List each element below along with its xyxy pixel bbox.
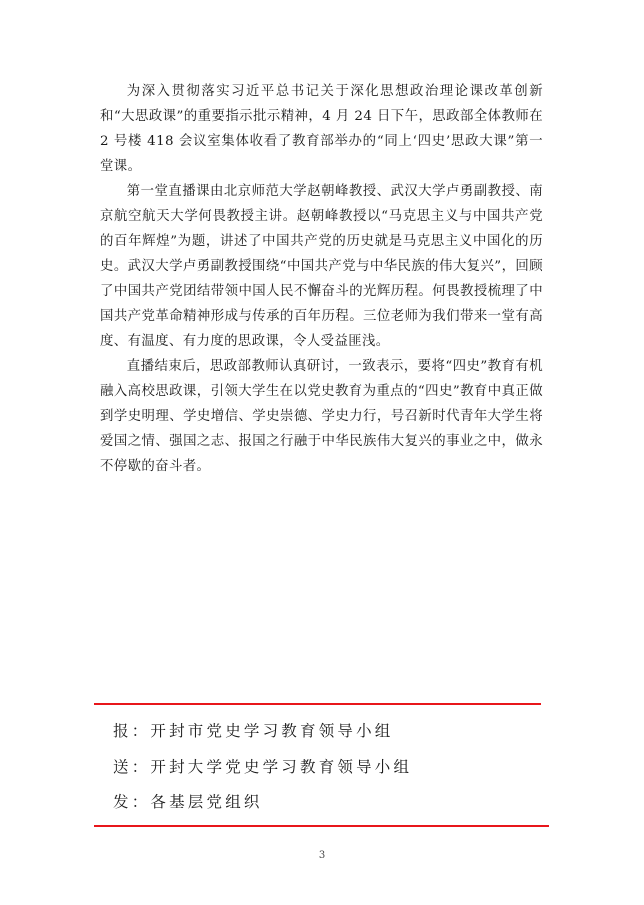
red-rule-top: [94, 703, 541, 705]
distribution-value: 开封大学党史学习教育领导小组: [150, 758, 412, 776]
red-rule-bottom: [94, 825, 549, 827]
distribution-label: 发：: [113, 793, 150, 811]
page-number: 3: [0, 850, 644, 861]
document-page: 为深入贯彻落实习近平总书记关于深化思想政治理论课改革创新和“大思政课”的重要指示…: [0, 0, 644, 905]
distribution-label: 送：: [113, 758, 150, 776]
distribution-row-report: 报：开封市党史学习教育领导小组: [113, 714, 412, 750]
paragraph-discussion: 直播结束后，思政部教师认真研讨，一致表示，要将“四史”教育有机融入高校思政课，引…: [100, 354, 543, 479]
distribution-row-send: 送：开封大学党史学习教育领导小组: [113, 750, 412, 786]
paragraph-lecture-details: 第一堂直播课由北京师范大学赵朝峰教授、武汉大学卢勇副教授、南京航空航天大学何畏教…: [100, 179, 543, 354]
paragraph-intro: 为深入贯彻落实习近平总书记关于深化思想政治理论课改革创新和“大思政课”的重要指示…: [100, 79, 543, 179]
body-text: 为深入贯彻落实习近平总书记关于深化思想政治理论课改革创新和“大思政课”的重要指示…: [100, 79, 543, 479]
distribution-value: 各基层党组织: [150, 793, 262, 811]
distribution-label: 报：: [113, 722, 150, 740]
distribution-row-issue: 发：各基层党组织: [113, 785, 412, 821]
distribution-value: 开封市党史学习教育领导小组: [150, 722, 393, 740]
distribution-list: 报：开封市党史学习教育领导小组 送：开封大学党史学习教育领导小组 发：各基层党组…: [113, 714, 412, 821]
